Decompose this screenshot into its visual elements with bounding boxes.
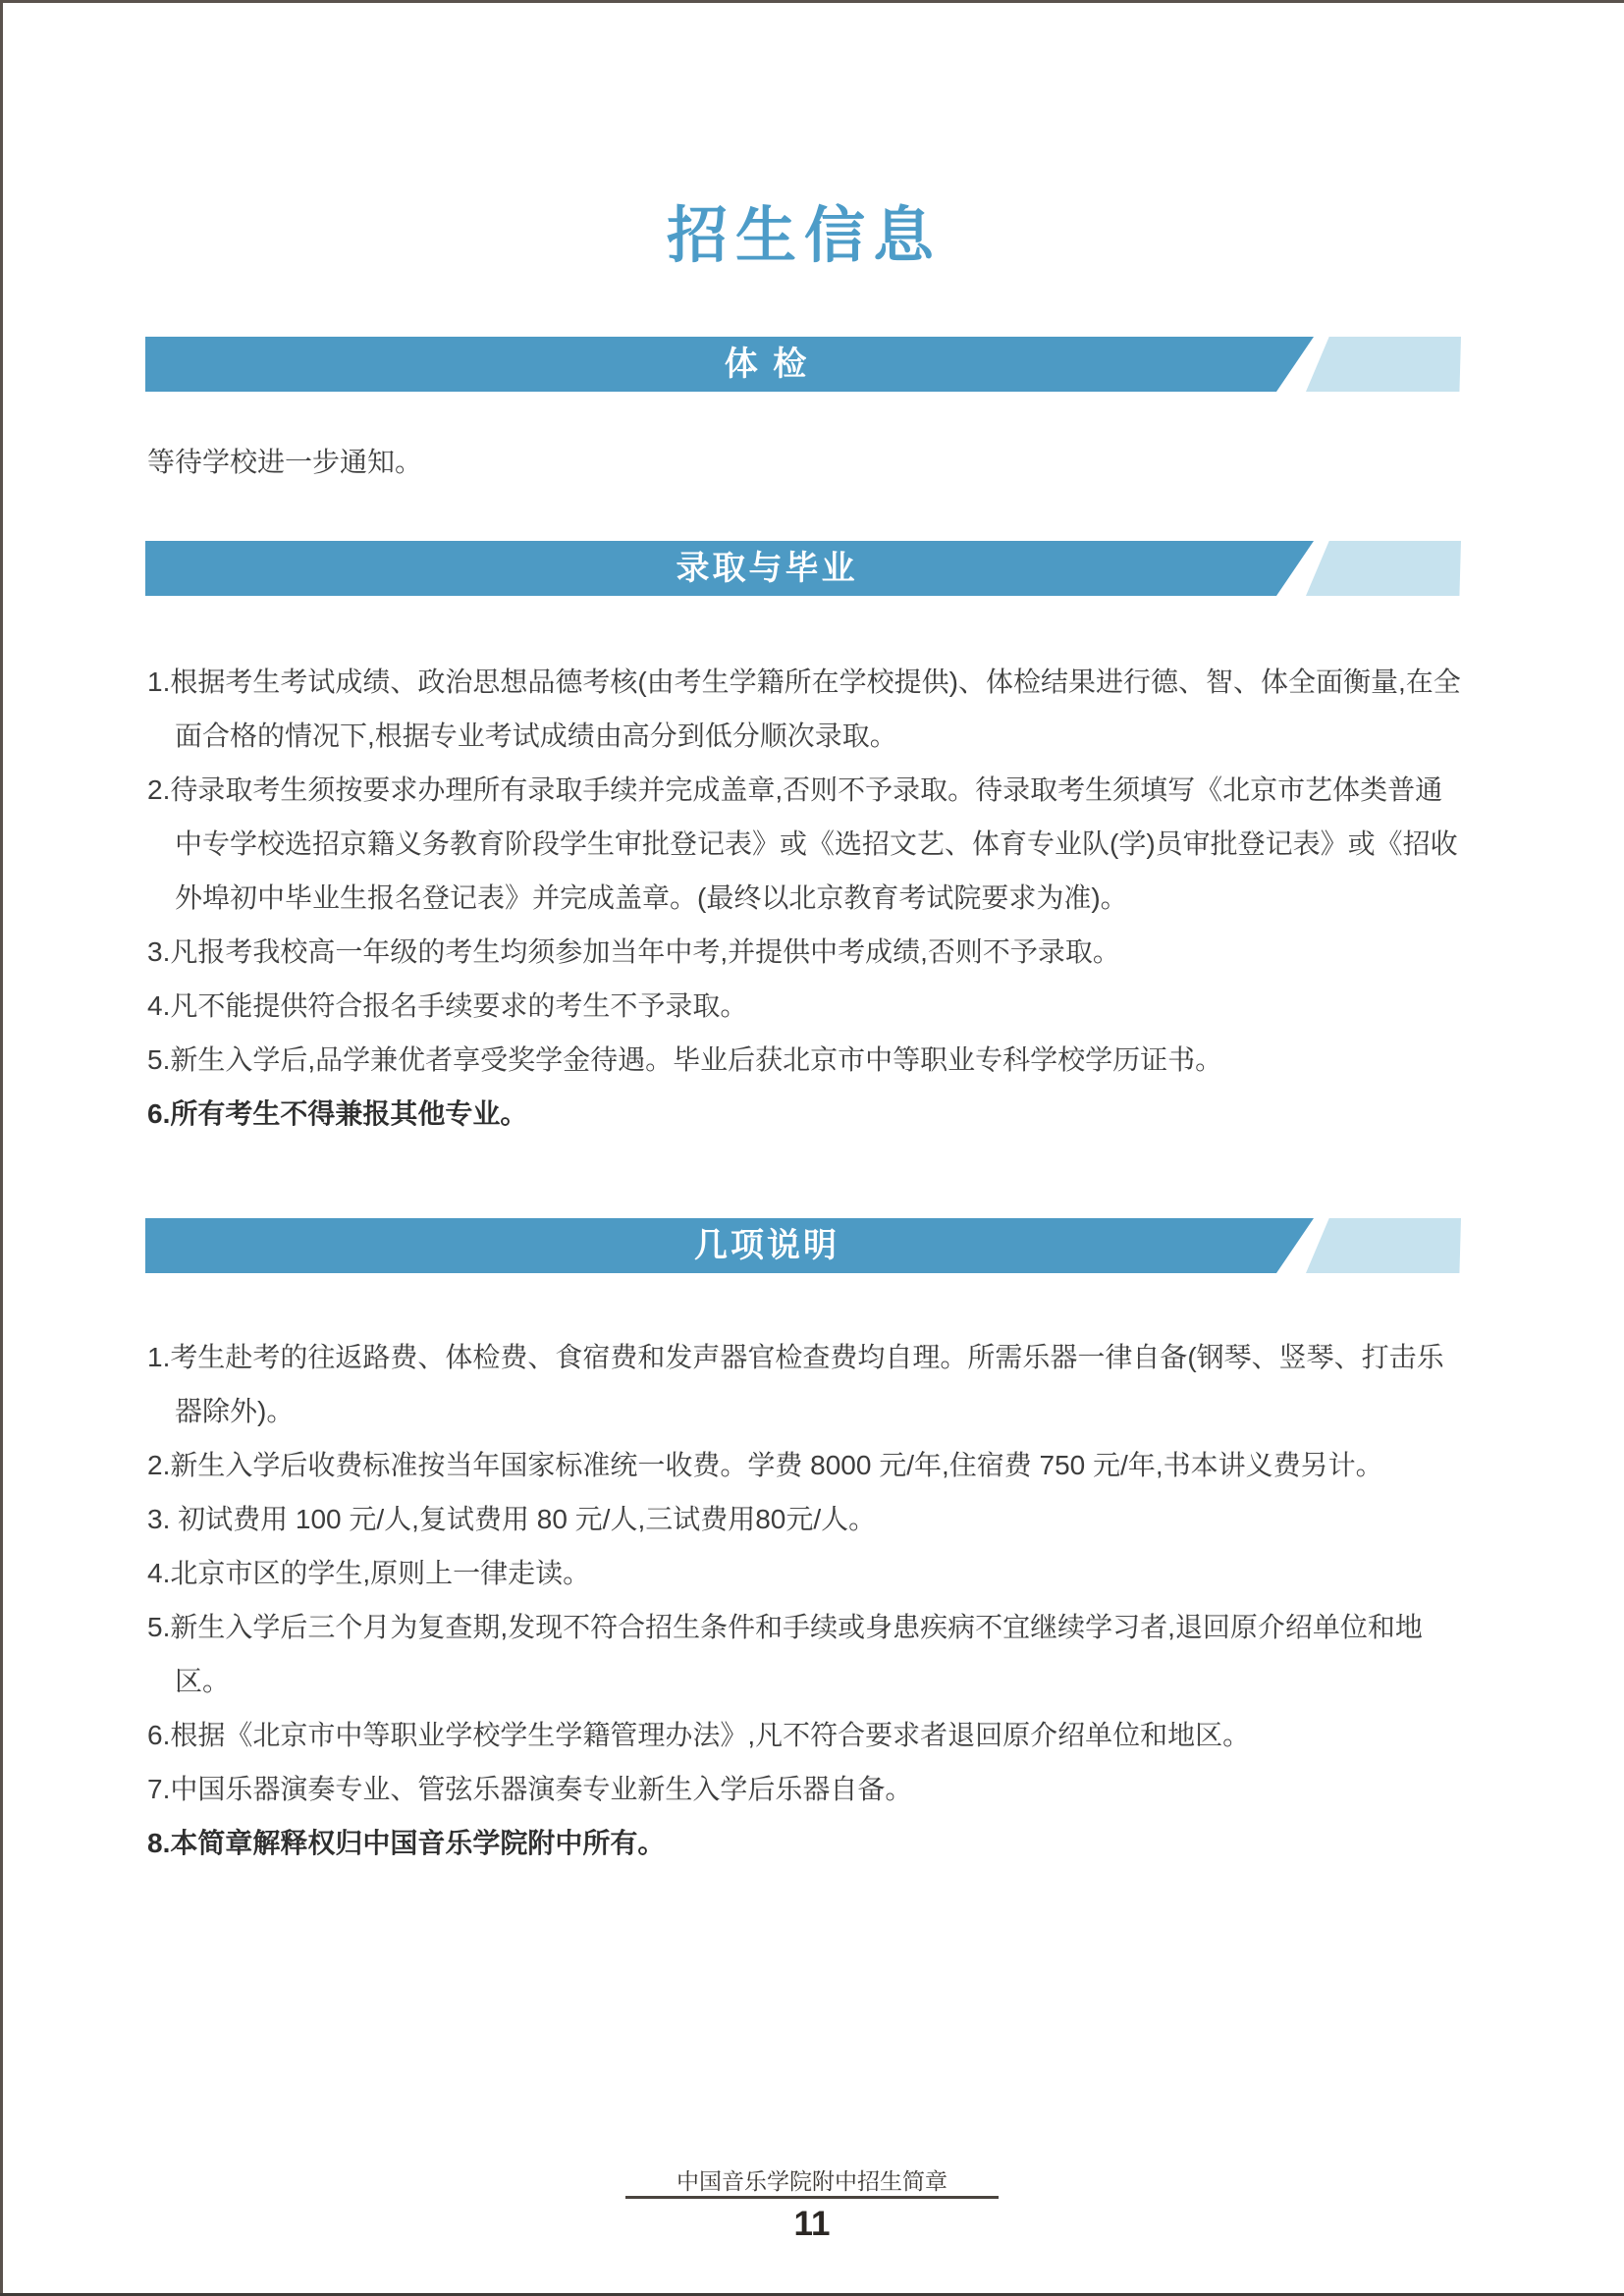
section-physical-exam-body: 等待学校进一步通知。 [147,435,1463,489]
footer-divider [625,2196,999,2199]
footer-booklet-title: 中国音乐学院附中招生简章 [0,2163,1624,2196]
list-item-emphasized: 6.所有考生不得兼报其他专业。 [147,1087,1463,1141]
page-title: 招生信息 [145,200,1463,273]
list-item: 4.凡不能提供符合报名手续要求的考生不予录取。 [147,979,1463,1033]
footer-page-number: 11 [0,2205,1624,2244]
list-item: 3.凡报考我校高一年级的考生均须参加当年中考,并提供中考成绩,否则不予录取。 [147,925,1463,979]
list-item: 6.根据《北京市中等职业学校学生学籍管理办法》,凡不符合要求者退回原介绍单位和地… [147,1708,1463,1762]
list-item: 5.新生入学后三个月为复查期,发现不符合招生条件和手续或身患疾病不宜继续学习者,… [147,1600,1463,1708]
brochure-page: 招生信息 体 检 等待学校进一步通知。 录取与毕业 1.根据考生考试成绩、政治思… [0,0,1624,2296]
paragraph: 等待学校进一步通知。 [147,435,1463,489]
page-border-left [0,0,3,2296]
list-item: 5.新生入学后,品学兼优者享受奖学金待遇。毕业后获北京市中等职业专科学校学历证书… [147,1033,1463,1087]
section-banner-notes: 几项说明 [145,1218,1463,1273]
section-title-notes: 几项说明 [145,1218,1388,1273]
list-item: 2.新生入学后收费标准按当年国家标准统一收费。学费 8000 元/年,住宿费 7… [147,1438,1463,1492]
section-title-physical-exam: 体 检 [145,337,1388,392]
section-banner-physical-exam: 体 检 [145,337,1463,392]
section-title-admission-graduation: 录取与毕业 [145,541,1388,596]
list-item: 4.北京市区的学生,原则上一律走读。 [147,1546,1463,1600]
page-border-top [0,0,1624,3]
list-item-emphasized: 8.本简章解释权归中国音乐学院附中所有。 [147,1816,1463,1870]
list-item: 1.考生赴考的往返路费、体检费、食宿费和发声器官检查费均自理。所需乐器一律自备(… [147,1330,1463,1438]
list-item: 7.中国乐器演奏专业、管弦乐器演奏专业新生入学后乐器自备。 [147,1762,1463,1816]
notes-list: 1.考生赴考的往返路费、体检费、食宿费和发声器官检查费均自理。所需乐器一律自备(… [147,1330,1463,1870]
admission-graduation-list: 1.根据考生考试成绩、政治思想品德考核(由考生学籍所在学校提供)、体检结果进行德… [147,655,1463,1141]
list-item: 2.待录取考生须按要求办理所有录取手续并完成盖章,否则不予录取。待录取考生须填写… [147,763,1463,925]
section-banner-admission-graduation: 录取与毕业 [145,541,1463,596]
list-item: 1.根据考生考试成绩、政治思想品德考核(由考生学籍所在学校提供)、体检结果进行德… [147,655,1463,763]
list-item: 3. 初试费用 100 元/人,复试费用 80 元/人,三试费用80元/人。 [147,1492,1463,1546]
